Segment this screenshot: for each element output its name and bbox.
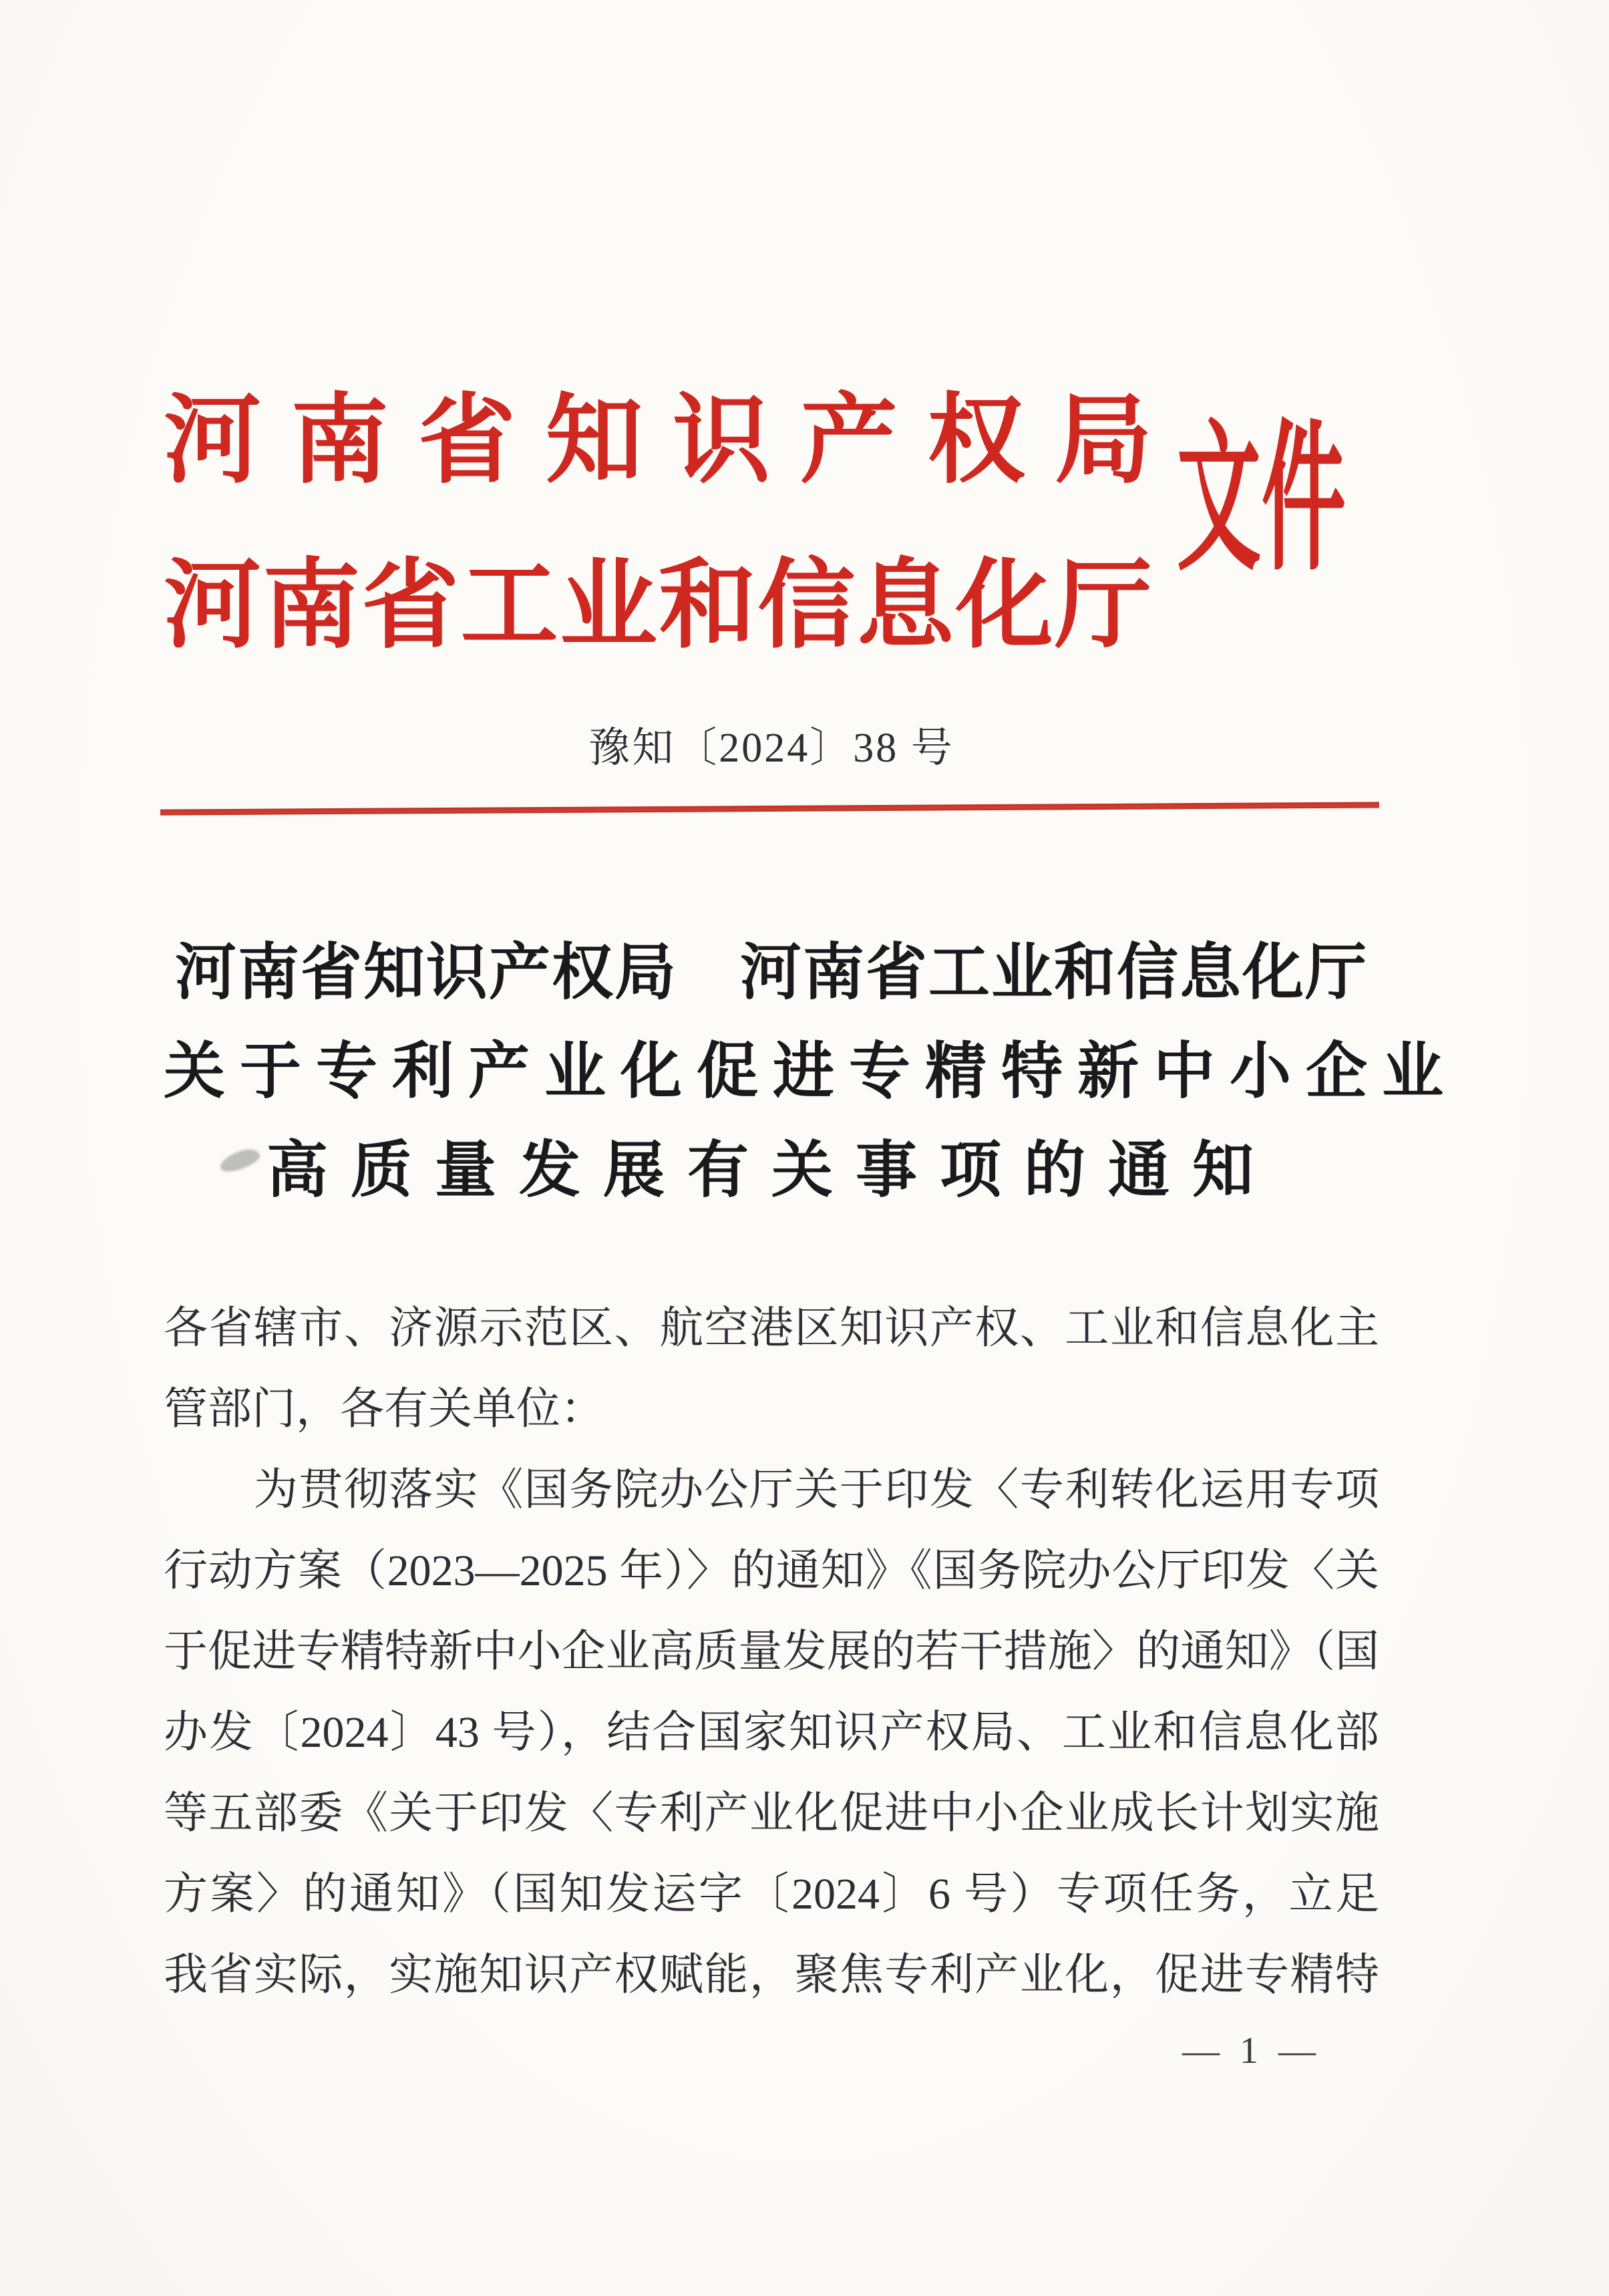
body-text-line: 方案〉的通知》（国知发运字〔2024〕6 号）专项任务，立足 [164,1854,1379,1935]
wenjian-document-label: 文件 [1177,420,1347,581]
title-line-1: 河南省知识产权局 河南省工业和信息化厅 [164,923,1379,1022]
red-separator-rule [160,802,1379,815]
document-page: 河南省知识产权局 河南省工业和信息化厅 文件 豫知〔2024〕38 号 河南省知… [0,0,1609,2296]
body-text-line: 行动方案（2023—2025 年）〉的通知》《国务院办公厅印发〈关 [164,1530,1379,1611]
issuer-name-line2: 河南省工业和信息化厅 [164,556,1152,656]
body-text-line: 等五部委《关于印发〈专利产业化促进中小企业成长计划实施 [164,1773,1379,1854]
body-text-line: 于促进专精特新中小企业高质量发展的若干措施〉的通知》（国 [164,1611,1379,1692]
document-body: 各省辖市、济源示范区、航空港区知识产权、工业和信息化主 管部门，各有关单位： 为… [164,1288,1379,2015]
body-text-line: 为贯彻落实《国务院办公厅关于印发〈专利转化运用专项 [164,1450,1379,1530]
body-text-line: 各省辖市、济源示范区、航空港区知识产权、工业和信息化主 [164,1288,1379,1369]
body-text-line: 办发〔2024〕43 号），结合国家知识产权局、工业和信息化部 [164,1692,1379,1773]
title-line-3: 高质量发展有关事项的通知 [164,1121,1379,1220]
body-text-line: 管部门，各有关单位： [164,1369,1379,1450]
letterhead: 河南省知识产权局 河南省工业和信息化厅 [164,391,1152,656]
document-title: 河南省知识产权局 河南省工业和信息化厅 关于专利产业化促进专精特新中小企业 高质… [164,923,1379,1220]
page-number: — 1 — [1182,2031,1321,2071]
document-reference-number: 豫知〔2024〕38 号 [164,725,1379,772]
title-line-2: 关于专利产业化促进专精特新中小企业 [164,1022,1379,1121]
body-text-line: 我省实际，实施知识产权赋能，聚焦专利产业化，促进专精特 [164,1935,1379,2015]
issuer-name-line1: 河南省知识产权局 [164,391,1152,491]
